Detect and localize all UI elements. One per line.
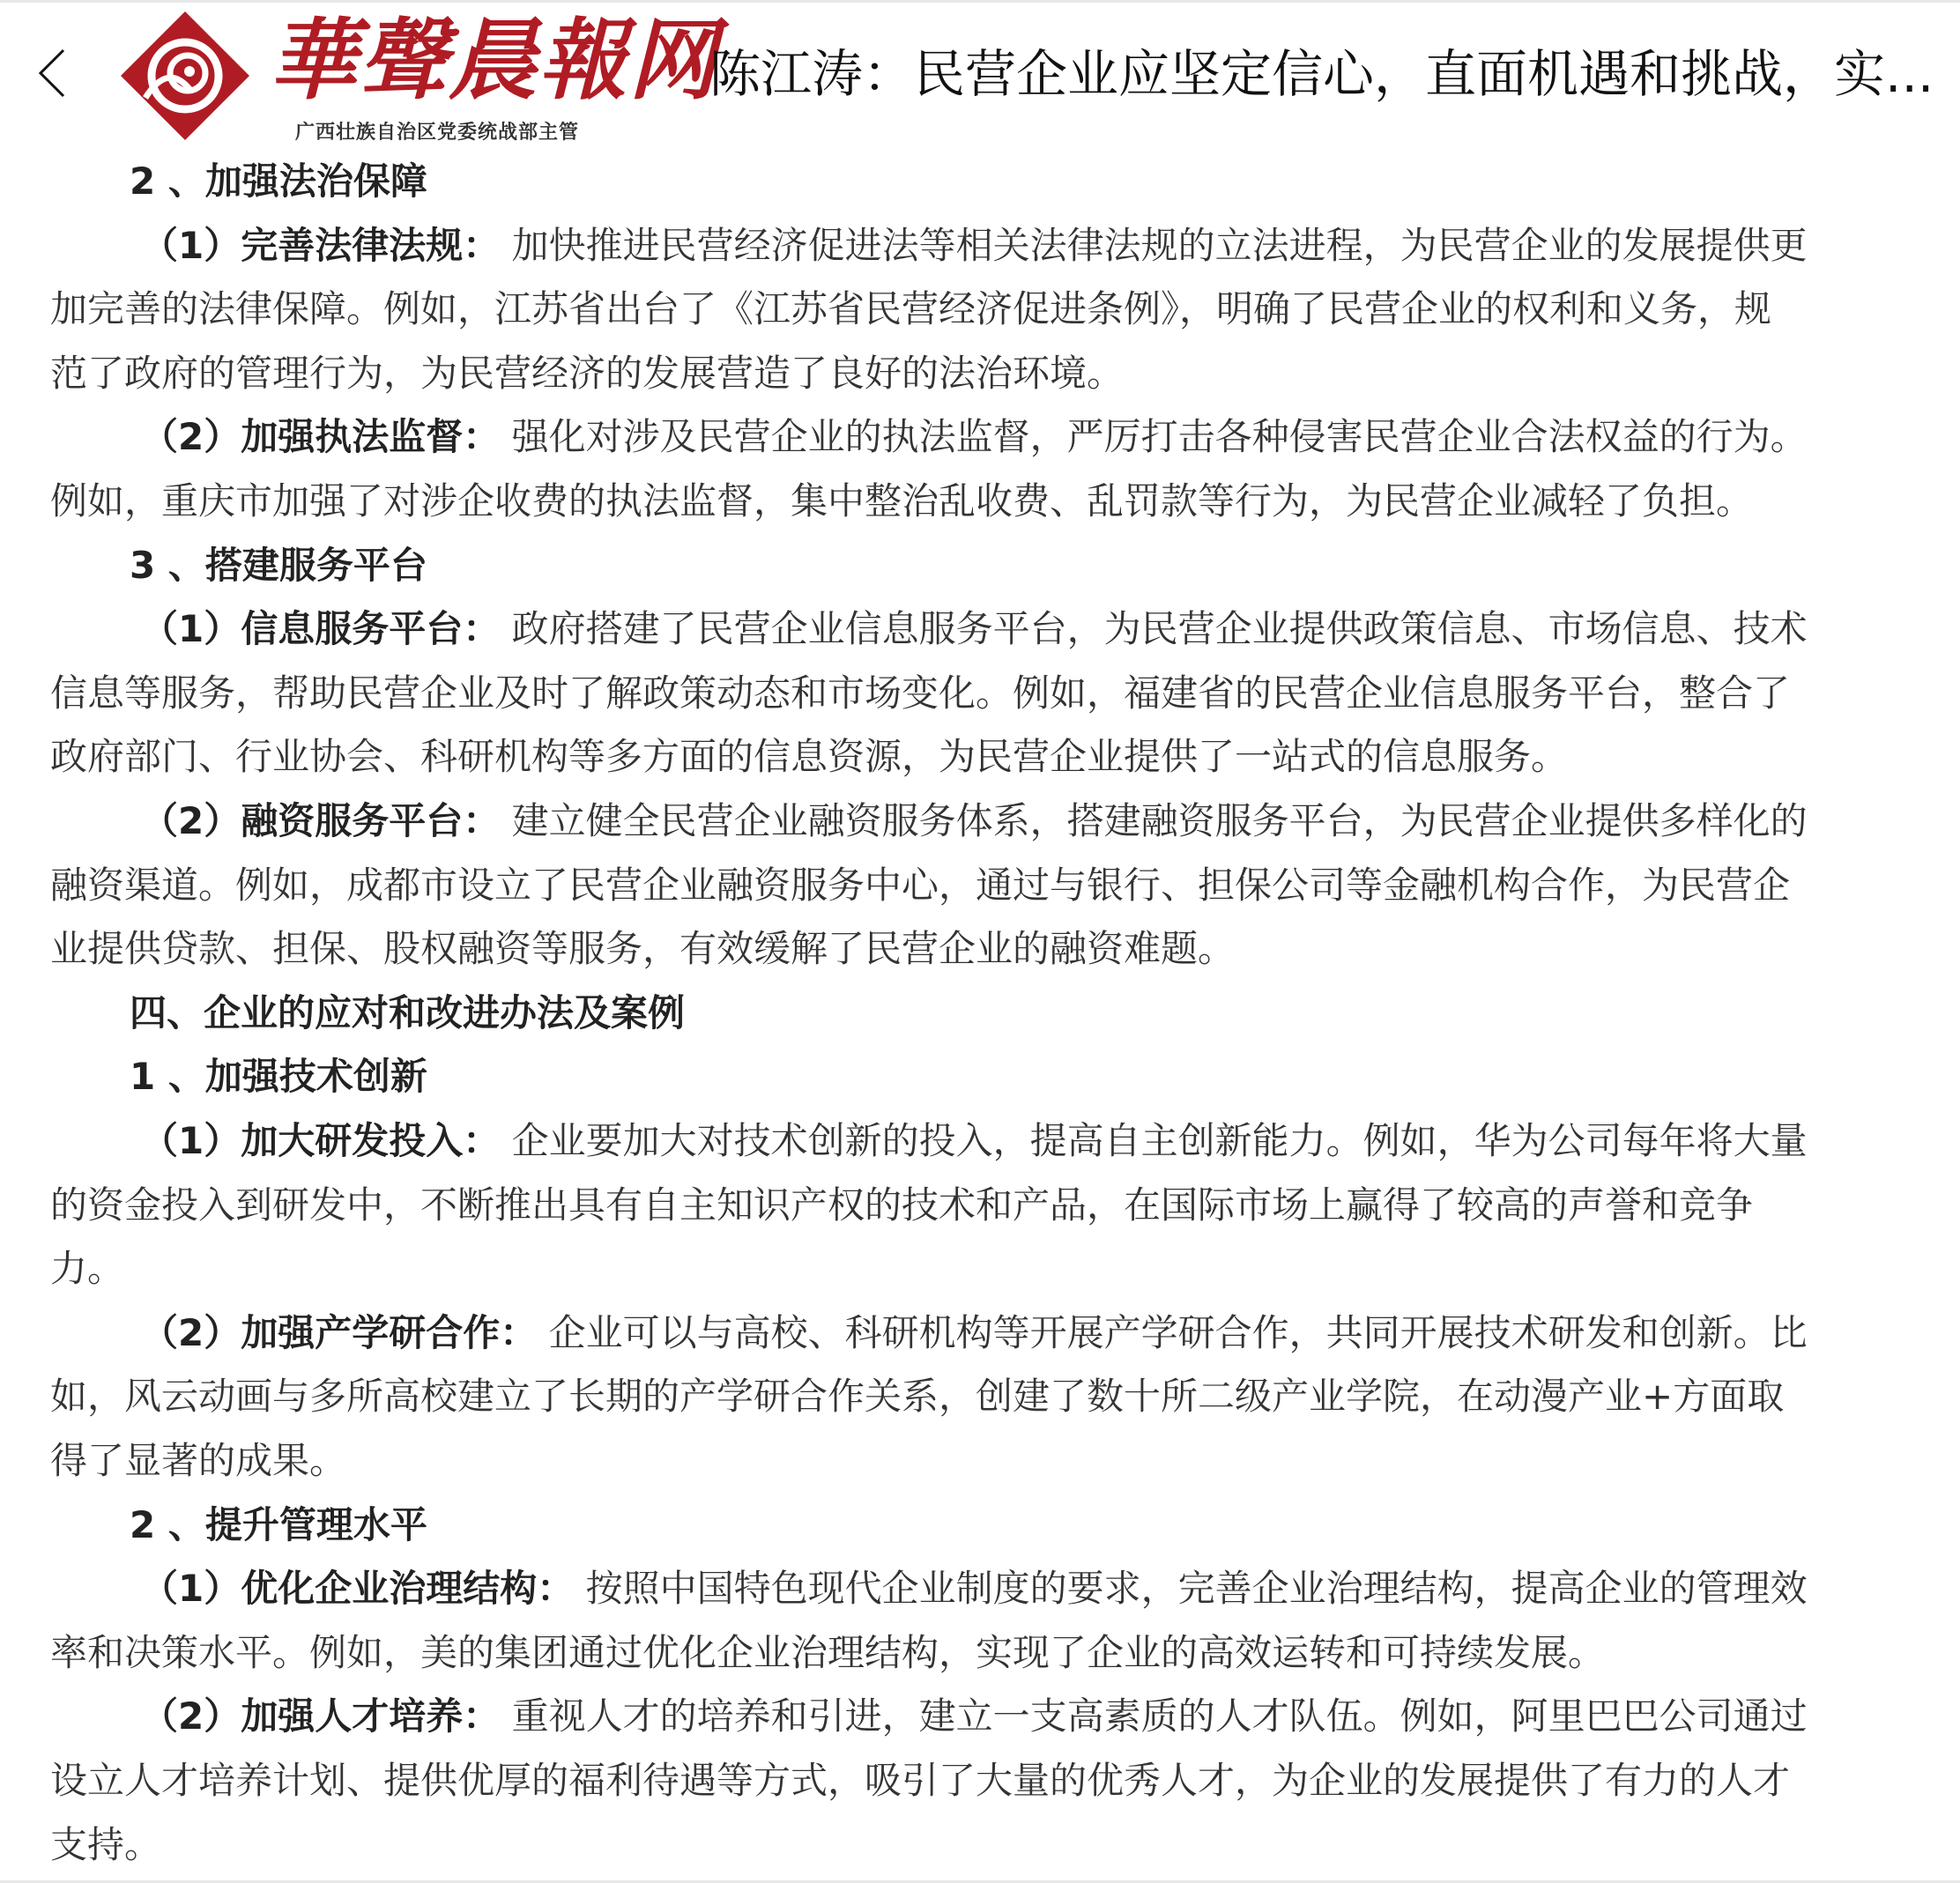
section-heading: 2 、提升管理水平 [130, 1494, 427, 1557]
section-heading: 1 、加强技术创新 [130, 1045, 427, 1108]
item-label: （1）加大研发投入： [141, 1119, 500, 1162]
paragraph-line: 的资金投入到研发中，不断推出具有自主知识产权的技术和产品，在国际市场上赢得了较高… [50, 1174, 1753, 1237]
section-heading: 3 、搭建服务平台 [130, 534, 427, 597]
paragraph-line: 融资渠道。例如，成都市设立了民营企业融资服务中心，通过与银行、担保公司等金融机构… [50, 854, 1790, 917]
paragraph-line: 政府部门、行业协会、科研机构等多方面的信息资源，为民营企业提供了一站式的信息服务… [50, 725, 1568, 789]
paragraph-line: （2）加强人才培养： 重视人才的培养和引进，建立一支高素质的人才队伍。例如，阿里… [141, 1685, 1808, 1748]
paragraph-line: 力。 [50, 1237, 124, 1301]
paragraph-line: 得了显著的成果。 [50, 1429, 346, 1493]
app-header: 華聲晨報网 广西壮族自治区党委统战部主管 陈江涛：民营企业应坚定信心，直面机遇和… [0, 3, 1960, 144]
item-label: （2）融资服务平台： [141, 799, 500, 842]
paragraph-line: 信息等服务，帮助民营企业及时了解政策动态和市场变化。例如，福建省的民营企业信息服… [50, 662, 1790, 725]
logo-subtitle: 广西壮族自治区党委统战部主管 [295, 117, 579, 145]
item-label: （1）优化企业治理结构： [141, 1567, 574, 1610]
section-heading: 四、企业的应对和改进办法及案例 [130, 982, 685, 1045]
chevron-left-icon [35, 47, 71, 100]
item-text: 强化对涉及民营企业的执法监督，严厉打击各种侵害民营企业合法权益的行为。 [512, 415, 1808, 458]
paragraph-line: （1）信息服务平台： 政府搭建了民营企业信息服务平台，为民营企业提供政策信息、市… [141, 597, 1808, 661]
paragraph-line: （1）加大研发投入： 企业要加大对技术创新的投入，提高自主创新能力。例如，华为公… [141, 1109, 1808, 1173]
item-text: 政府搭建了民营企业信息服务平台，为民营企业提供政策信息、市场信息、技术 [512, 607, 1808, 650]
paragraph-line: （2）融资服务平台： 建立健全民营企业融资服务体系，搭建融资服务平台，为民营企业… [141, 790, 1808, 853]
paragraph-line: （2）加强产学研合作： 企业可以与高校、科研机构等开展产学研合作，共同开展技术研… [141, 1301, 1808, 1365]
logo-brand-text: 華聲晨報网 [269, 11, 718, 108]
item-label: （1）信息服务平台： [141, 607, 500, 650]
item-text: 重视人才的培养和引进，建立一支高素质的人才队伍。例如，阿里巴巴公司通过 [512, 1694, 1808, 1738]
item-text: 企业可以与高校、科研机构等开展产学研合作，共同开展技术研发和创新。比 [549, 1311, 1808, 1354]
item-text: 加快推进民营经济促进法等相关法律法规的立法进程，为民营企业的发展提供更 [512, 224, 1808, 267]
paragraph-line: （1）完善法律法规： 加快推进民营经济促进法等相关法律法规的立法进程，为民营企业… [141, 214, 1808, 278]
item-label: （1）完善法律法规： [141, 224, 500, 267]
item-label: （2）加强产学研合作： [141, 1311, 537, 1354]
paragraph-line: 如，风云动画与多所高校建立了长期的产学研合作关系，创建了数十所二级产业学院，在动… [50, 1365, 1784, 1428]
paragraph-line: 业提供贷款、担保、股权融资等服务，有效缓解了民营企业的融资难题。 [50, 917, 1235, 981]
paragraph-line: （1）优化企业治理结构： 按照中国特色现代企业制度的要求，完善企业治理结构，提高… [141, 1557, 1808, 1620]
page-title: 陈江涛：民营企业应坚定信心，直面机遇和挑战，实... [709, 42, 1943, 106]
item-text: 建立健全民营企业融资服务体系，搭建融资服务平台，为民营企业提供多样化的 [512, 799, 1808, 842]
paragraph-line: （2）加强执法监督： 强化对涉及民营企业的执法监督，严厉打击各种侵害民营企业合法… [141, 405, 1808, 469]
paragraph-line: 支持。 [50, 1813, 161, 1877]
item-label: （2）加强执法监督： [141, 415, 500, 458]
item-label: （2）加强人才培养： [141, 1694, 500, 1738]
back-button[interactable] [35, 47, 71, 100]
paragraph-line: 例如，重庆市加强了对涉企收费的执法监督，集中整治乱收费、乱罚款等行为，为民营企业… [50, 470, 1753, 533]
logo-emblem-icon [119, 10, 251, 142]
paragraph-line: 设立人才培养计划、提供优厚的福利待遇等方式，吸引了大量的优秀人才，为企业的发展提… [50, 1749, 1790, 1813]
item-text: 按照中国特色现代企业制度的要求，完善企业治理结构，提高企业的管理效 [586, 1567, 1808, 1610]
paragraph-line: 加完善的法律保障。例如，江苏省出台了《江苏省民营经济促进条例》，明确了民营企业的… [50, 278, 1771, 341]
item-text: 企业要加大对技术创新的投入，提高自主创新能力。例如，华为公司每年将大量 [512, 1119, 1808, 1162]
paragraph-line: 范了政府的管理行为，为民营经济的发展营造了良好的法治环境。 [50, 342, 1124, 405]
section-heading: 2 、加强法治保障 [130, 150, 427, 213]
site-logo[interactable]: 華聲晨報网 广西壮族自治区党委统战部主管 [119, 10, 630, 142]
paragraph-line: 率和决策水平。例如，美的集团通过优化企业治理结构，实现了企业的高效运转和可持续发… [50, 1621, 1605, 1685]
